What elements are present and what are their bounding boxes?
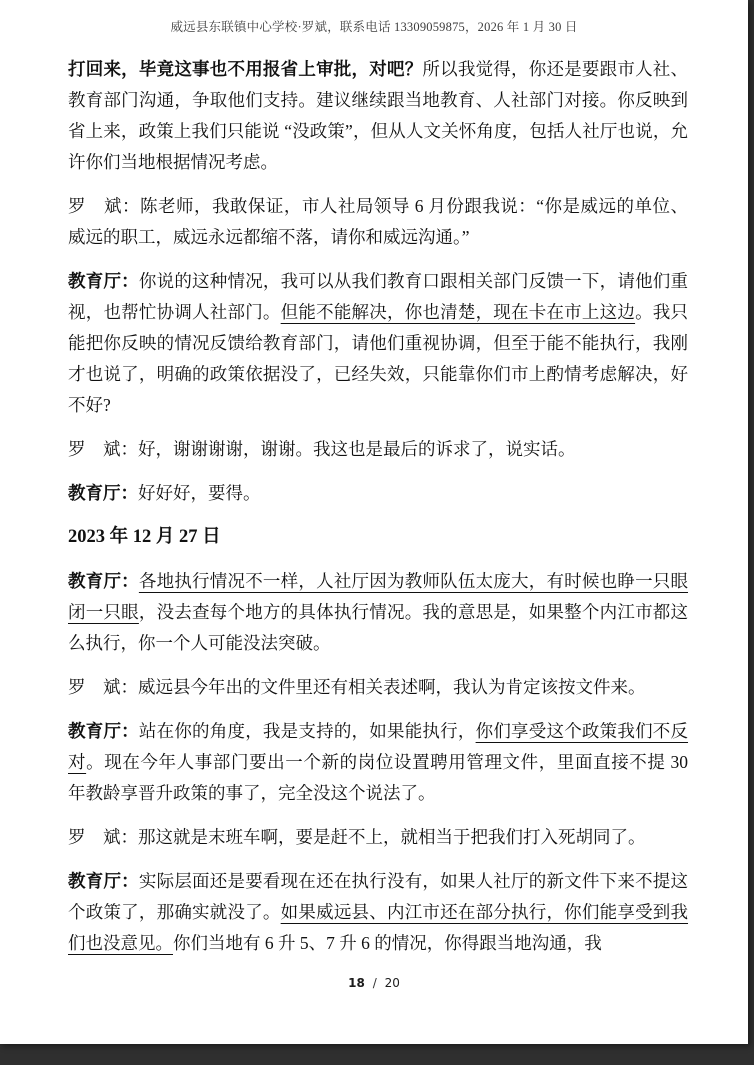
text-segment: 罗 斌：那这就是末班车啊，要是赶不上，就相当于把我们打入死胡同了。	[68, 827, 646, 847]
bold-text-segment: 教育厅：	[68, 721, 139, 741]
paragraph: 教育厅：站在你的角度，我是支持的，如果能执行，你们享受这个政策我们不反对。现在今…	[68, 716, 688, 809]
bold-text-segment: 教育厅：	[68, 483, 138, 503]
underlined-text-segment: 但能不能解决，你也清楚，现在卡在市上这边	[281, 302, 635, 322]
bold-text-segment: 教育厅：	[68, 271, 139, 291]
paragraph: 罗 斌：那这就是末班车啊，要是赶不上，就相当于把我们打入死胡同了。	[68, 822, 688, 853]
text-segment: 好好好，要得。	[138, 483, 261, 503]
text-segment: 罗 斌：好，谢谢谢谢，谢谢。我这也是最后的诉求了，说实话。	[68, 439, 576, 459]
text-segment: 罗 斌：威远县今年出的文件里还有相关表述啊，我认为肯定该按文件来。	[68, 677, 646, 697]
date-heading: 2023 年 12 月 27 日	[68, 522, 688, 553]
paragraph: 教育厅：各地执行情况不一样，人社厅因为教师队伍太庞大，有时候也睁一只眼闭一只眼，…	[68, 566, 688, 659]
paragraph: 罗 斌：好，谢谢谢谢，谢谢。我这也是最后的诉求了，说实话。	[68, 434, 688, 465]
current-page-number: 18	[348, 976, 365, 990]
total-page-count: 20	[385, 976, 400, 990]
bold-text-segment: 教育厅：	[68, 871, 139, 891]
bold-text-segment: 2023 年 12 月 27 日	[68, 527, 221, 547]
paragraph: 教育厅：好好好，要得。	[68, 478, 688, 509]
text-segment: 罗 斌：陈老师，我敢保证，市人社局领导 6 月份跟我说：“你是威远的单位、威远的…	[68, 196, 688, 247]
page-footer: 18 / 20	[0, 976, 748, 990]
bold-text-segment: 打回来，毕竟这事也不用报省上审批，对吧？	[68, 59, 422, 79]
bold-text-segment: 教育厅：	[68, 571, 139, 591]
paragraph: 教育厅：实际层面还是要看现在还在执行没有，如果人社厅的新文件下来不提这个政策了，…	[68, 866, 688, 959]
page-number-separator: /	[369, 976, 381, 990]
pdf-viewer-background: 威远县东联镇中心学校·罗斌，联系电话 13309059875，2026 年 1 …	[0, 0, 754, 1065]
text-segment: 。现在今年人事部门要出一个新的岗位设置聘用管理文件，里面直接不提 30 年教龄享…	[68, 752, 688, 803]
paragraph: 罗 斌：陈老师，我敢保证，市人社局领导 6 月份跟我说：“你是威远的单位、威远的…	[68, 191, 688, 253]
text-segment: 站在你的角度，我是支持的，如果能执行，	[139, 721, 476, 741]
document-page: 威远县东联镇中心学校·罗斌，联系电话 13309059875，2026 年 1 …	[0, 0, 748, 1044]
screenshot-root: { "page": { "header": "威远县东联镇中心学校·罗斌，联系电…	[0, 0, 754, 1065]
paragraph: 教育厅：你说的这种情况，我可以从我们教育口跟相关部门反馈一下，请他们重视，也帮忙…	[68, 266, 688, 421]
document-body: 打回来，毕竟这事也不用报省上审批，对吧？所以我觉得，你还是要跟市人社、教育部门沟…	[68, 54, 688, 972]
paragraph: 罗 斌：威远县今年出的文件里还有相关表述啊，我认为肯定该按文件来。	[68, 672, 688, 703]
text-segment: 你们当地有 6 升 5、7 升 6 的情况，你得跟当地沟通，我	[173, 933, 602, 953]
paragraph: 打回来，毕竟这事也不用报省上审批，对吧？所以我觉得，你还是要跟市人社、教育部门沟…	[68, 54, 688, 178]
page-header: 威远县东联镇中心学校·罗斌，联系电话 13309059875，2026 年 1 …	[0, 17, 748, 35]
text-segment: ，没去查每个地方的具体执行情况。我的意思是，如果整个内江市都这么执行，你一个人可…	[68, 602, 688, 653]
